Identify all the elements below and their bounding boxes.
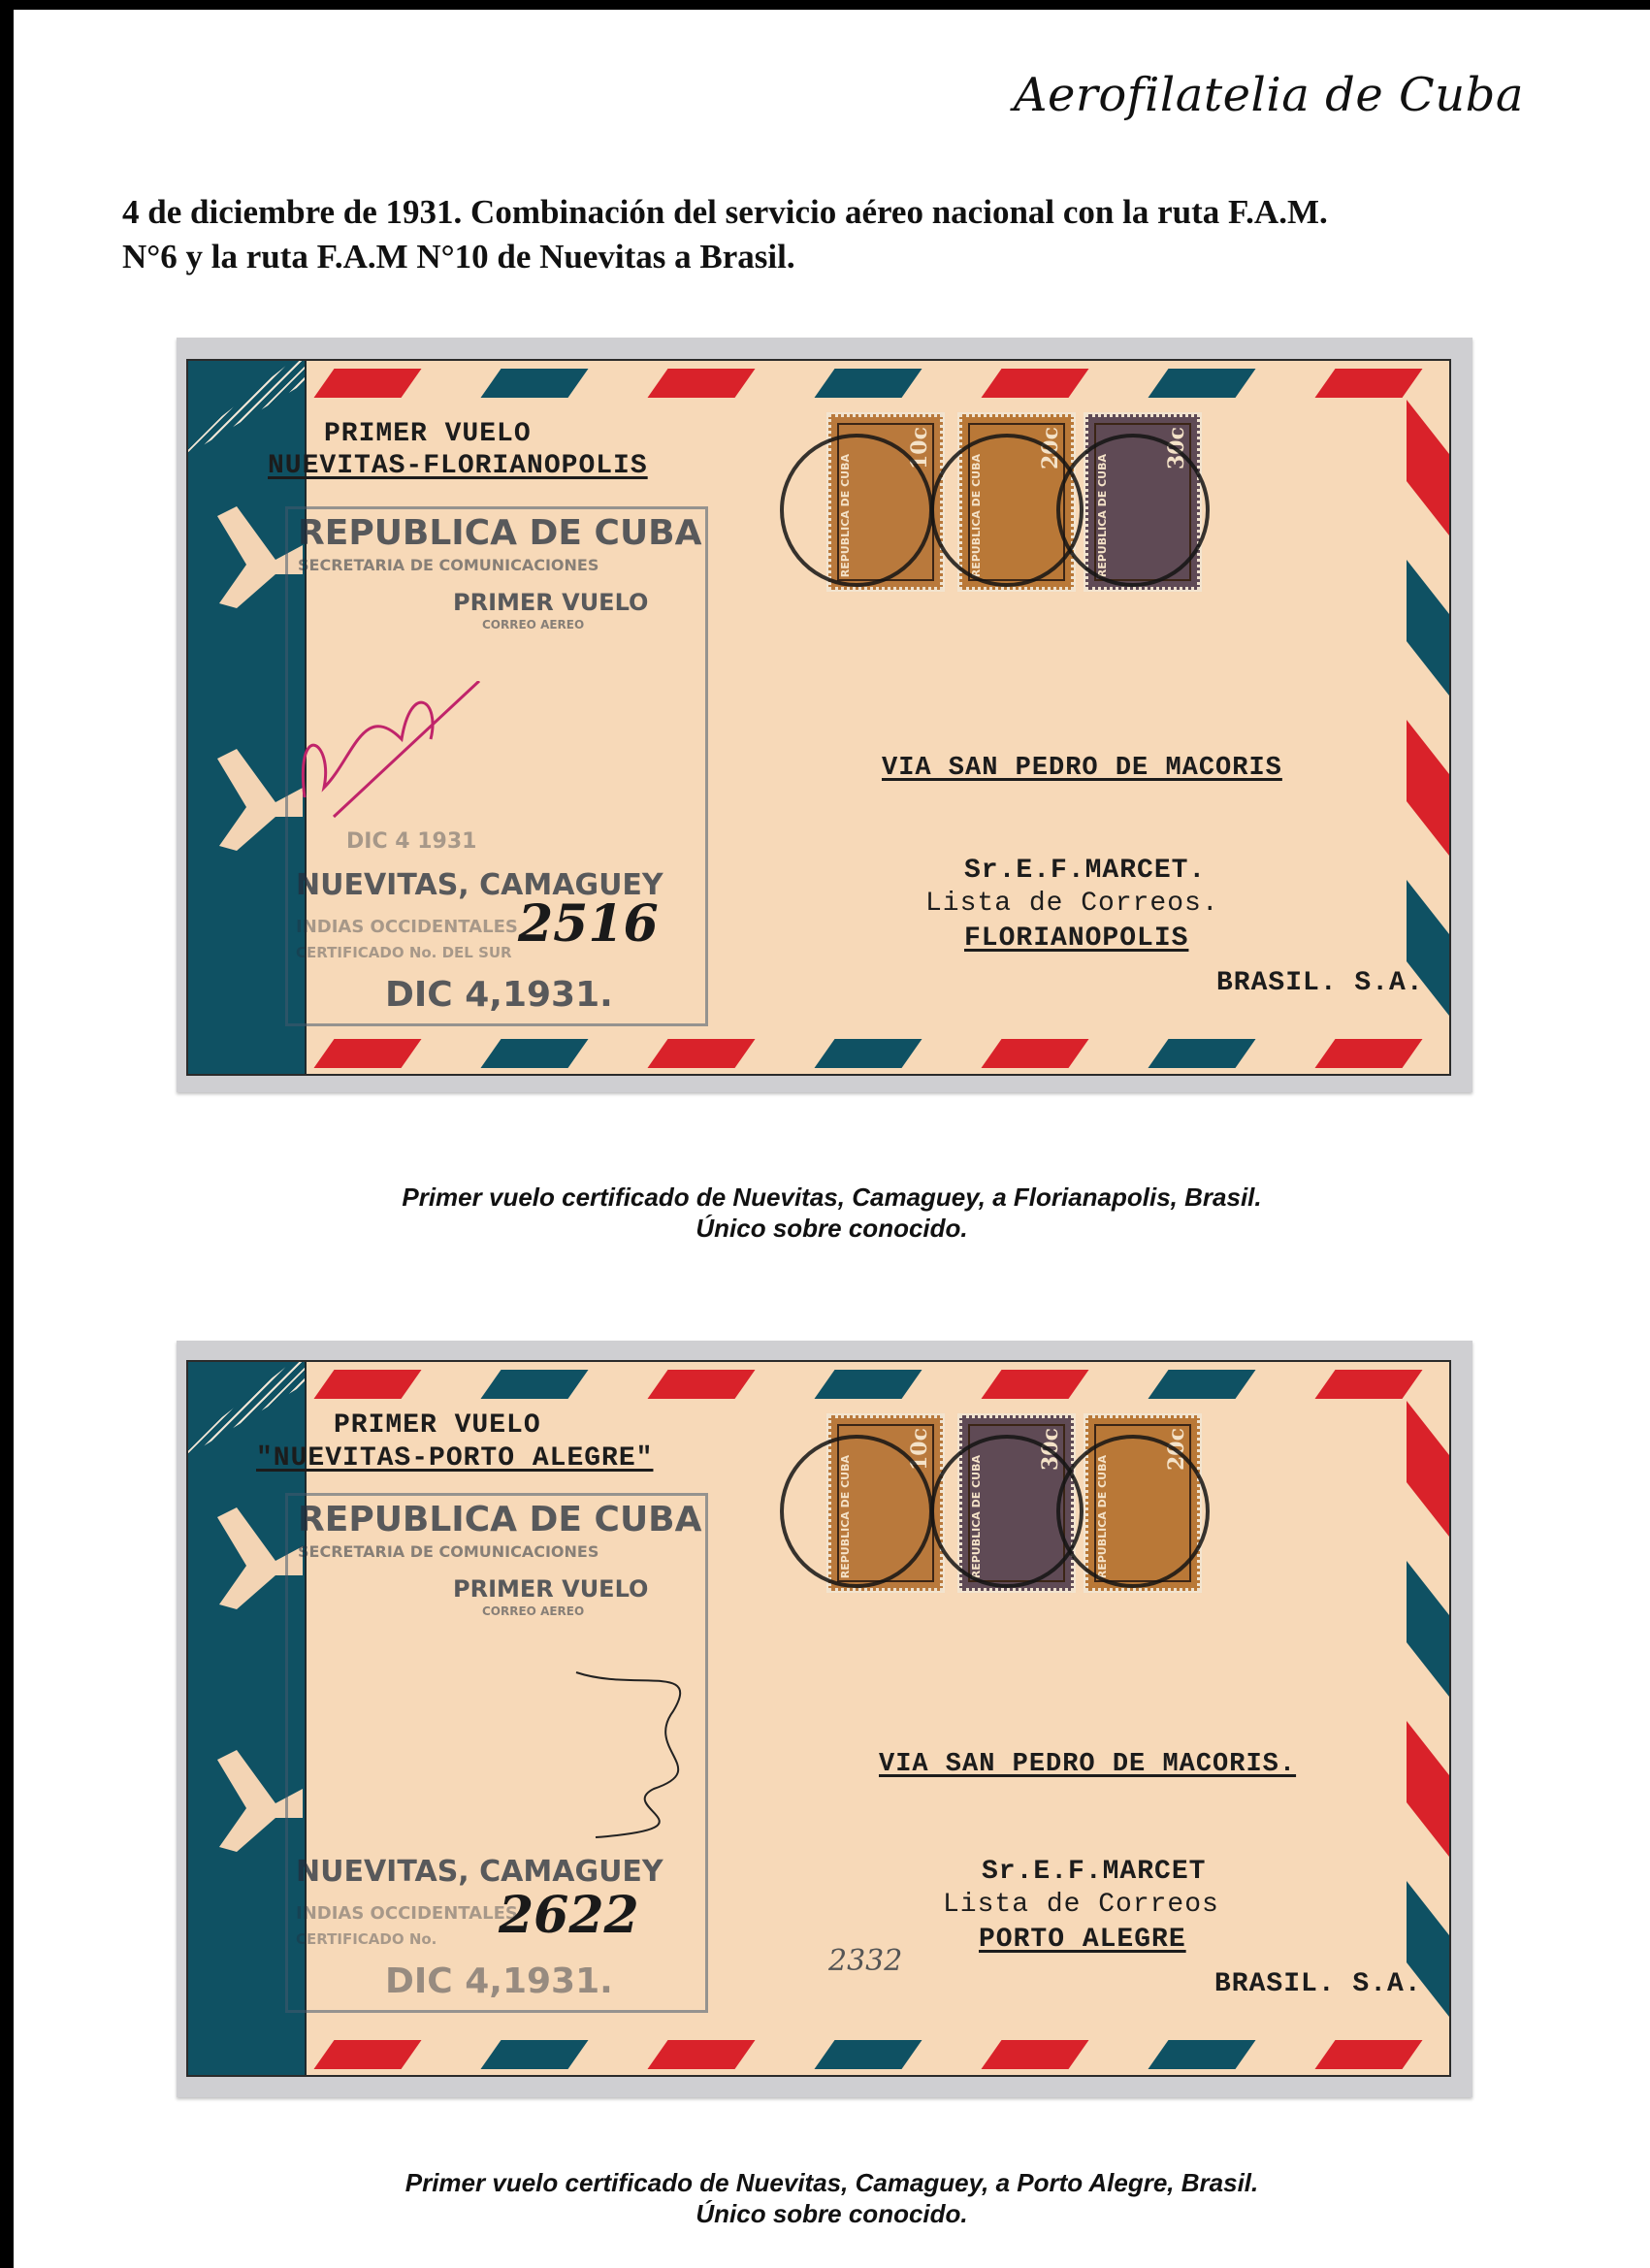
airmail-border-right [1407, 1401, 1449, 2036]
airmail-stripe [647, 1039, 755, 1068]
airmail-stripe [1314, 1370, 1422, 1399]
airmail-stripe [313, 2040, 421, 2069]
registration-number: 2622 [499, 1886, 639, 1945]
site-title: Aerofilatelia de Cuba [1014, 68, 1524, 122]
airmail-stripe [313, 1370, 421, 1399]
airmail-stripe [480, 1370, 588, 1399]
pencil-note: 2332 [828, 1944, 902, 1978]
airmail-stripe [313, 1039, 421, 1068]
airmail-stripe [480, 1039, 588, 1068]
cachet-line-1: PRIMER VUELO [334, 1410, 541, 1441]
heading-line-1: 4 de diciembre de 1931. Combinación del … [122, 190, 1558, 235]
handstamp-subtitle: SECRETARIA DE COMUNICACIONES [298, 556, 599, 574]
airmail-stripe [1407, 560, 1449, 696]
address-city: PORTO ALEGRE [979, 1925, 1186, 1955]
airmail-stripe [1314, 2040, 1422, 2069]
handstamp-title: REPUBLICA DE CUBA [298, 513, 701, 553]
caption-line-2: Único sobre conocido. [14, 1213, 1650, 1244]
airmail-border-top [305, 369, 1449, 398]
airmail-stripe [1407, 1561, 1449, 1697]
airmail-stripe [1148, 369, 1255, 398]
registration-number: 2516 [518, 894, 659, 954]
caption-line-2: Único sobre conocido. [14, 2198, 1650, 2229]
cachet-line-1: PRIMER VUELO [324, 419, 532, 449]
signature-scribble [557, 1653, 731, 1847]
airmail-stripe [981, 2040, 1088, 2069]
airmail-stripe [647, 1370, 755, 1399]
postmark-cancel [780, 434, 933, 587]
airmail-stripe [981, 369, 1088, 398]
airmail-stripe [1148, 1039, 1255, 1068]
handstamp-region: INDIAS OCCIDENTALES [296, 1903, 518, 1924]
address-line-2: Lista de Correos. [925, 889, 1219, 919]
handstamp-inner-date: DIC 4 1931 [346, 829, 476, 854]
airmail-stripe [480, 2040, 588, 2069]
heading-line-2: N°6 y la ruta F.A.M N°10 de Nuevitas a B… [122, 235, 1558, 279]
routing-line: VIA SAN PEDRO DE MACORIS. [879, 1750, 1296, 1779]
airmail-stripe [1148, 2040, 1255, 2069]
address-city: FLORIANOPOLIS [964, 923, 1188, 954]
airmail-stripe [1314, 1039, 1422, 1068]
airmail-stripe [1148, 1370, 1255, 1399]
address-country: BRASIL. S.A. [1216, 968, 1424, 998]
handstamp-subtitle: SECRETARIA DE COMUNICACIONES [298, 1542, 599, 1561]
airmail-border-bottom [305, 1039, 1449, 1068]
handstamp-cert: CERTIFICADO No. [296, 1930, 437, 1948]
airmail-stripe [814, 1370, 922, 1399]
cachet-line-2: NUEVITAS-FLORIANOPOLIS [268, 451, 648, 481]
handstamp-flight-sub: CORREO AEREO [482, 1604, 584, 1618]
signature-scribble [295, 681, 489, 826]
postmark-cancel [1056, 434, 1210, 587]
address-line-2: Lista de Correos [943, 1890, 1219, 1920]
airmail-border-right [1407, 400, 1449, 1035]
address-country: BRASIL. S.A. [1214, 1969, 1422, 1999]
cachet-line-2: "NUEVITAS-PORTO ALEGRE" [256, 1443, 653, 1474]
airmail-stripe [814, 2040, 922, 2069]
handstamp-date: DIC 4,1931. [385, 975, 613, 1015]
caption-line-1: Primer vuelo certificado de Nuevitas, Ca… [14, 1182, 1650, 1213]
caption-line-1: Primer vuelo certificado de Nuevitas, Ca… [14, 2167, 1650, 2198]
band-stripes [188, 361, 305, 458]
handstamp-flight-sub: CORREO AEREO [482, 618, 584, 632]
handstamp-date: DIC 4,1931. [385, 1961, 613, 2001]
airmail-stripe [647, 369, 755, 398]
airmail-stripe [1407, 1401, 1449, 1537]
handstamp-title: REPUBLICA DE CUBA [298, 1500, 701, 1539]
airmail-stripe [313, 369, 421, 398]
airmail-stripe [814, 1039, 922, 1068]
airmail-stripe [1407, 720, 1449, 856]
postmark-cancel [780, 1435, 933, 1588]
airmail-border-top [305, 1370, 1449, 1399]
handstamp-cert: CERTIFICADO No. DEL SUR [296, 944, 512, 961]
postmark-cancel [1056, 1435, 1210, 1588]
page-heading: 4 de diciembre de 1931. Combinación del … [122, 190, 1558, 279]
cover-1-caption: Primer vuelo certificado de Nuevitas, Ca… [14, 1182, 1650, 1244]
cover-1-envelope: PRIMER VUELO NUEVITAS-FLORIANOPOLIS REPU… [186, 359, 1451, 1076]
address-name: Sr.E.F.MARCET. [964, 856, 1206, 886]
handstamp-flight: PRIMER VUELO [453, 1575, 648, 1603]
cover-2-envelope: PRIMER VUELO "NUEVITAS-PORTO ALEGRE" REP… [186, 1360, 1451, 2077]
airmail-stripe [1407, 1721, 1449, 1857]
airmail-stripe [814, 369, 922, 398]
airmail-stripe [1314, 369, 1422, 398]
airmail-stripe [981, 1039, 1088, 1068]
cover-2-caption: Primer vuelo certificado de Nuevitas, Ca… [14, 2167, 1650, 2229]
address-name: Sr.E.F.MARCET [982, 1857, 1206, 1887]
airmail-stripe [981, 1370, 1088, 1399]
handstamp-region: INDIAS OCCIDENTALES [296, 917, 518, 937]
airmail-stripe [480, 369, 588, 398]
routing-line: VIA SAN PEDRO DE MACORIS [882, 754, 1282, 783]
handstamp-origin: NUEVITAS, CAMAGUEY [296, 1855, 663, 1889]
album-page: Aerofilatelia de Cuba 4 de diciembre de … [14, 10, 1650, 2268]
airmail-stripe [1407, 400, 1449, 535]
airmail-border-bottom [305, 2040, 1449, 2069]
handstamp-flight: PRIMER VUELO [453, 589, 648, 616]
airmail-stripe [647, 2040, 755, 2069]
